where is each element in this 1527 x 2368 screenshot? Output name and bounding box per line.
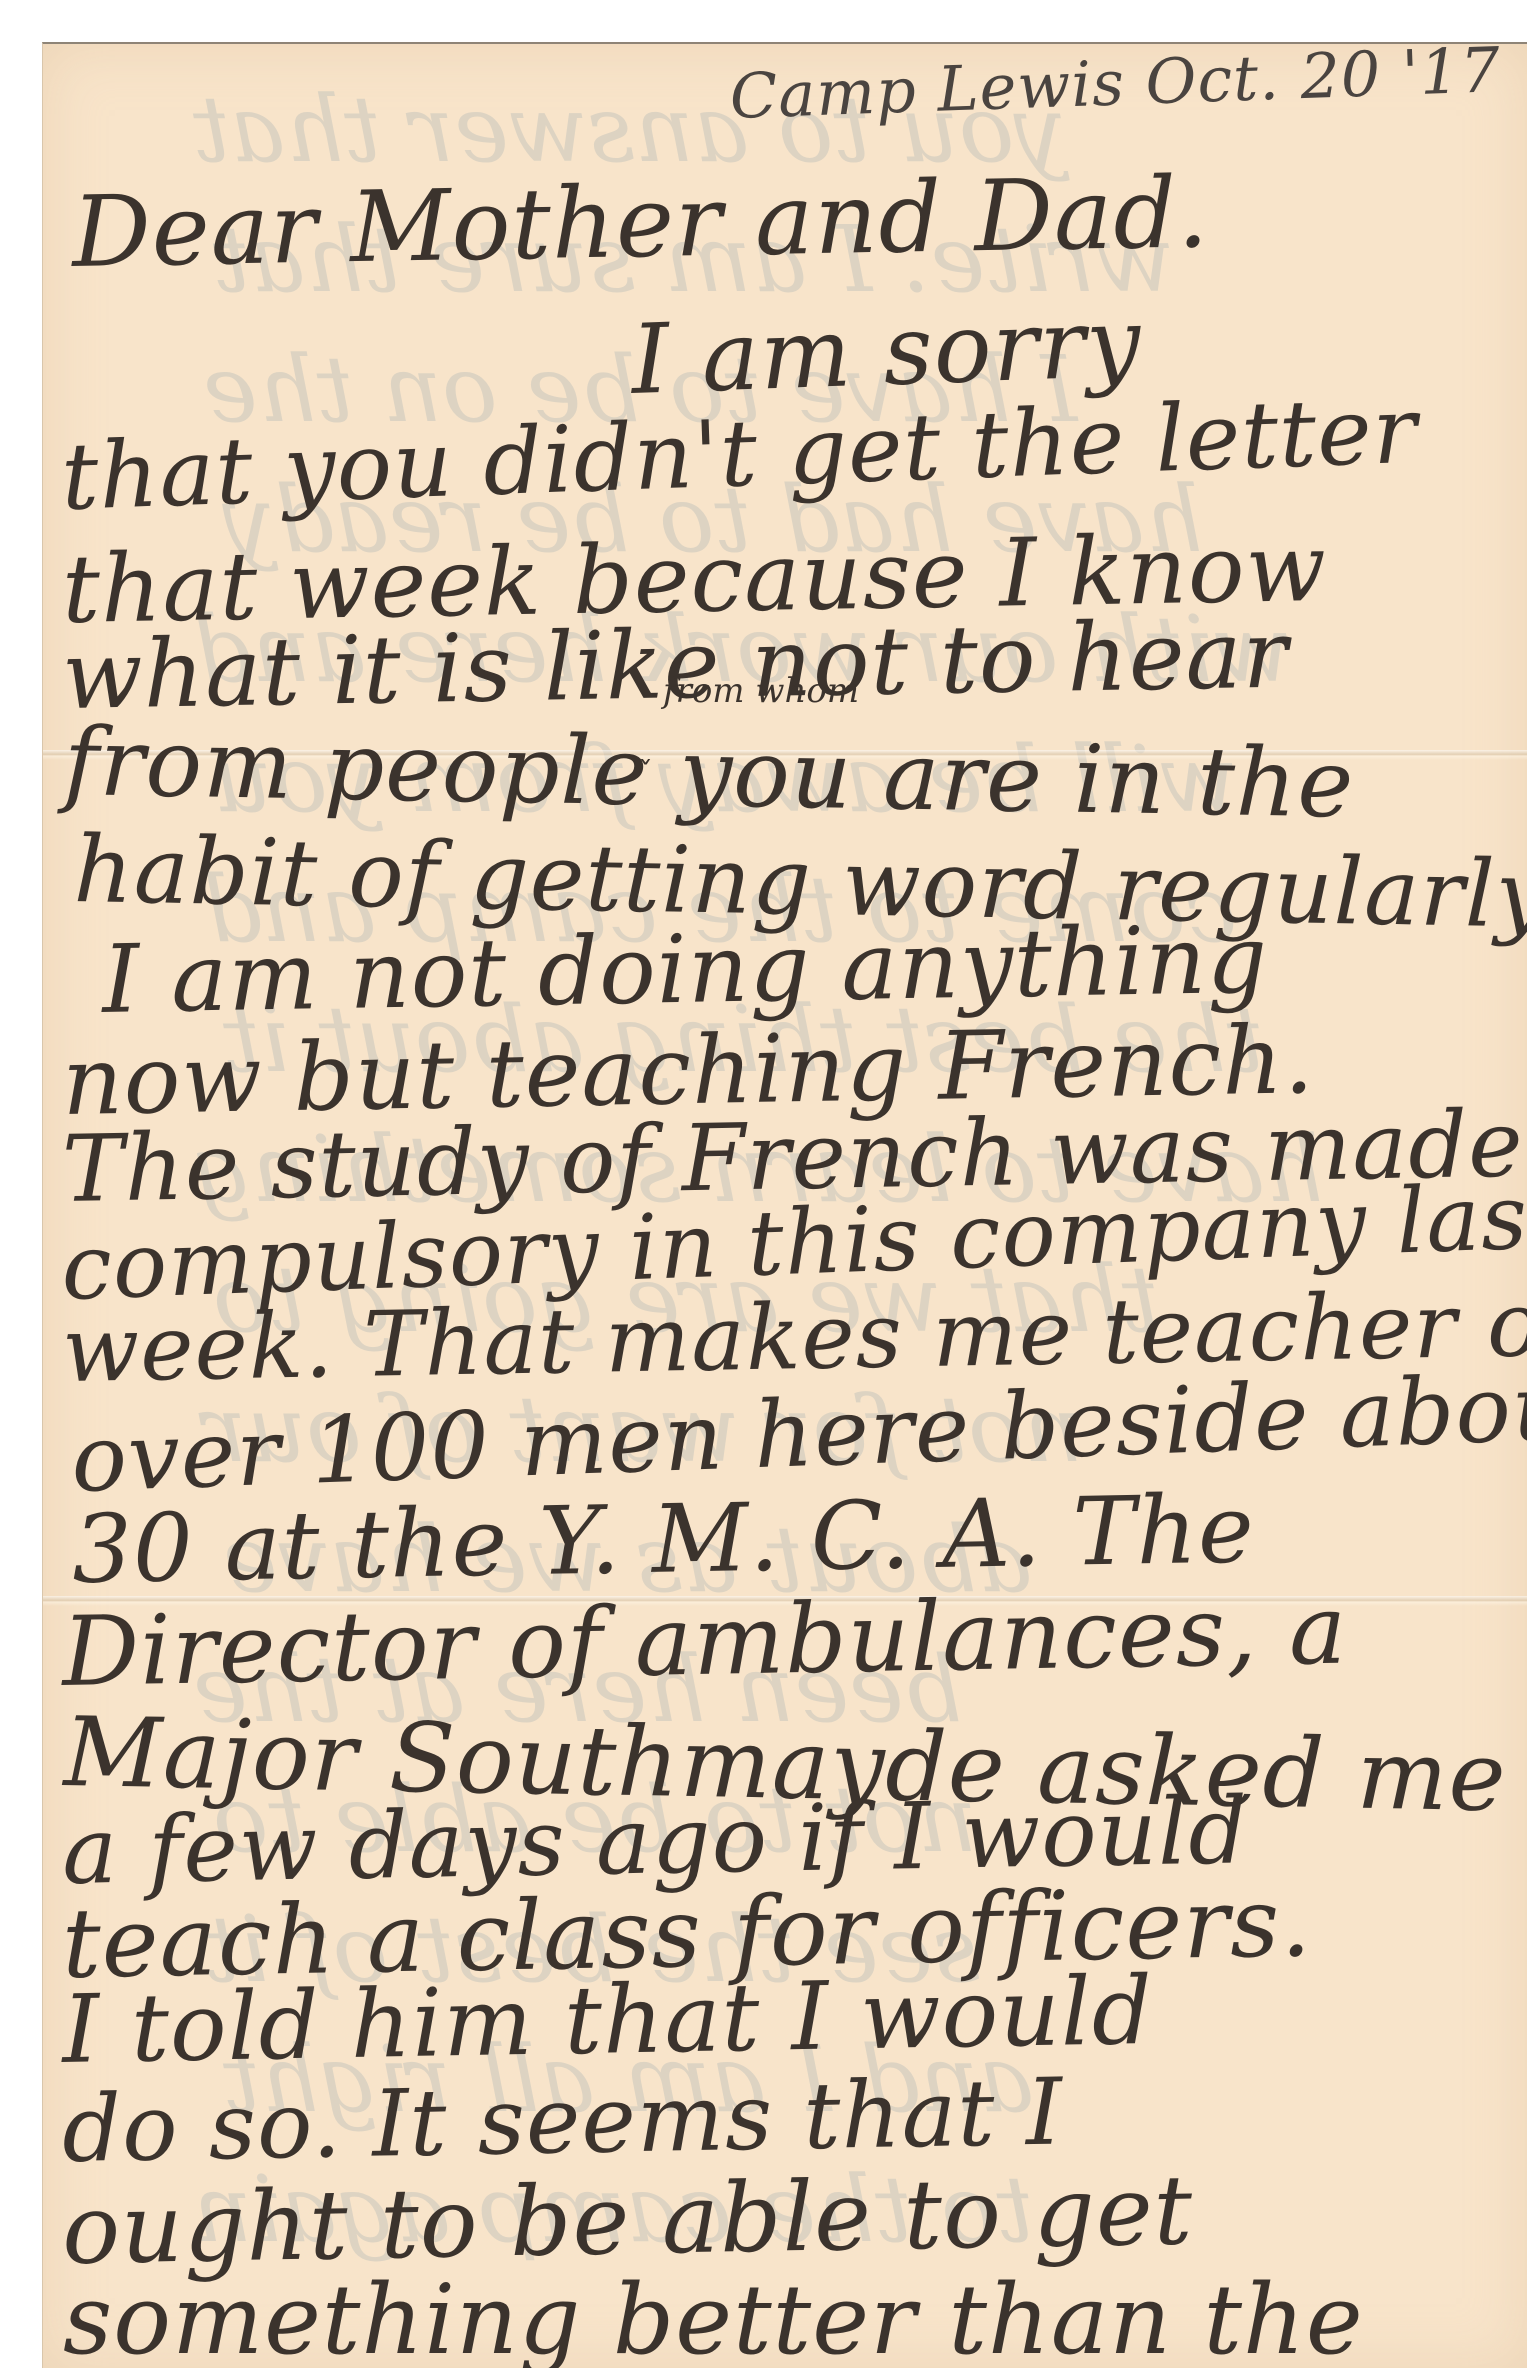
salutation: Dear Mother and Dad. xyxy=(71,164,1210,282)
letter-line: Director of ambulances, a xyxy=(61,1582,1348,1700)
letter-line: from people you are in the xyxy=(63,716,1355,833)
letter-line: something better than the xyxy=(63,2272,1364,2368)
letter-page: you to answer that write. I am sure that… xyxy=(42,42,1527,2368)
letter-line: ought to be able to get xyxy=(61,2162,1194,2278)
inserted-phrase: from whom xyxy=(663,674,859,708)
letter-line: that you didn't get the letter xyxy=(60,385,1419,524)
dateline: Camp Lewis Oct. 20 '17 xyxy=(729,42,1502,128)
